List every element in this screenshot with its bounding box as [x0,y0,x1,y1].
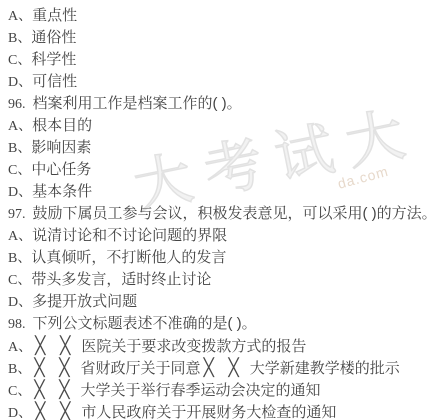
option-text: 带头多发言，适时终止讨论 [31,271,211,288]
q98-option-d[interactable]: D、╳ ╳市人民政府关于开展财务大检查的通知 [8,401,436,420]
q98-option-a[interactable]: A、╳ ╳医院关于要求改变拨款方式的报告 [8,335,436,357]
option-letter: B、 [8,138,31,160]
x-placeholder: ╳ ╳ [204,358,244,377]
option-letter: C、 [8,50,31,72]
quiz-page: 大考试大 da.com A、重点性 B、通俗性 C、科学性 D、可信性 96.档… [0,0,440,420]
option-letter: A、 [8,226,32,248]
question-text: 下列公文标题表述不准确的是( )。 [33,315,257,332]
option-text: 医院关于要求改变拨款方式的报告 [81,338,306,355]
q97-option-d[interactable]: D、多提开放式问题 [8,291,436,313]
option-letter: C、 [8,270,31,292]
option-letter: C、 [8,160,31,182]
option-text: 重点性 [32,7,77,24]
question-97: 97.鼓励下属员工参与会议，积极发表意见，可以采用( )的方法。 [8,203,436,225]
option-letter: D、 [8,72,32,94]
q96-option-d[interactable]: D、基本条件 [8,181,436,203]
option-text: 大学新建教学楼的批示 [250,360,400,377]
question-number: 97. [8,204,26,226]
option-a[interactable]: A、重点性 [8,5,436,27]
option-letter: C、 [8,381,31,403]
x-placeholder: ╳ ╳ [34,358,74,377]
option-letter: B、 [8,28,31,50]
option-d[interactable]: D、可信性 [8,71,436,93]
q97-option-b[interactable]: B、认真倾听，不打断他人的发言 [8,247,436,269]
option-text: 省财政厅关于同意 [81,360,201,377]
quiz-content: A、重点性 B、通俗性 C、科学性 D、可信性 96.档案利用工作是档案工作的(… [0,0,440,420]
option-text: 大学关于举行春季运动会决定的通知 [81,382,321,399]
option-letter: B、 [8,248,31,270]
option-letter: A、 [8,116,32,138]
question-number: 98. [8,314,26,336]
q98-option-b[interactable]: B、╳ ╳省财政厅关于同意╳ ╳大学新建教学楼的批示 [8,357,436,379]
option-letter: A、 [8,337,32,359]
q96-option-c[interactable]: C、中心任务 [8,159,436,181]
option-text: 中心任务 [31,161,91,178]
question-number: 96. [8,94,26,116]
option-text: 根本目的 [32,117,92,134]
option-letter: B、 [8,359,31,381]
option-letter: A、 [8,6,32,28]
option-letter: D、 [8,403,32,420]
question-96: 96.档案利用工作是档案工作的( )。 [8,93,436,115]
option-b[interactable]: B、通俗性 [8,27,436,49]
x-placeholder: ╳ ╳ [35,402,75,420]
question-98: 98.下列公文标题表述不准确的是( )。 [8,313,436,335]
q96-option-b[interactable]: B、影响因素 [8,137,436,159]
option-c[interactable]: C、科学性 [8,49,436,71]
option-text: 通俗性 [31,29,76,46]
q96-option-a[interactable]: A、根本目的 [8,115,436,137]
x-placeholder: ╳ ╳ [35,336,75,355]
option-text: 科学性 [31,51,76,68]
q97-option-a[interactable]: A、说清讨论和不讨论问题的界限 [8,225,436,247]
option-text: 影响因素 [31,139,91,156]
option-letter: D、 [8,182,32,204]
option-text: 可信性 [32,73,77,90]
q98-option-c[interactable]: C、╳ ╳大学关于举行春季运动会决定的通知 [8,379,436,401]
option-text: 基本条件 [32,183,92,200]
question-text: 鼓励下属员工参与会议，积极发表意见，可以采用( )的方法。 [33,205,437,222]
x-placeholder: ╳ ╳ [34,380,74,399]
option-text: 市人民政府关于开展财务大检查的通知 [81,404,336,420]
question-text: 档案利用工作是档案工作的( )。 [33,95,242,112]
option-letter: D、 [8,292,32,314]
option-text: 多提开放式问题 [32,293,137,310]
q97-option-c[interactable]: C、带头多发言，适时终止讨论 [8,269,436,291]
option-text: 说清讨论和不讨论问题的界限 [32,227,227,244]
option-text: 认真倾听，不打断他人的发言 [31,249,226,266]
